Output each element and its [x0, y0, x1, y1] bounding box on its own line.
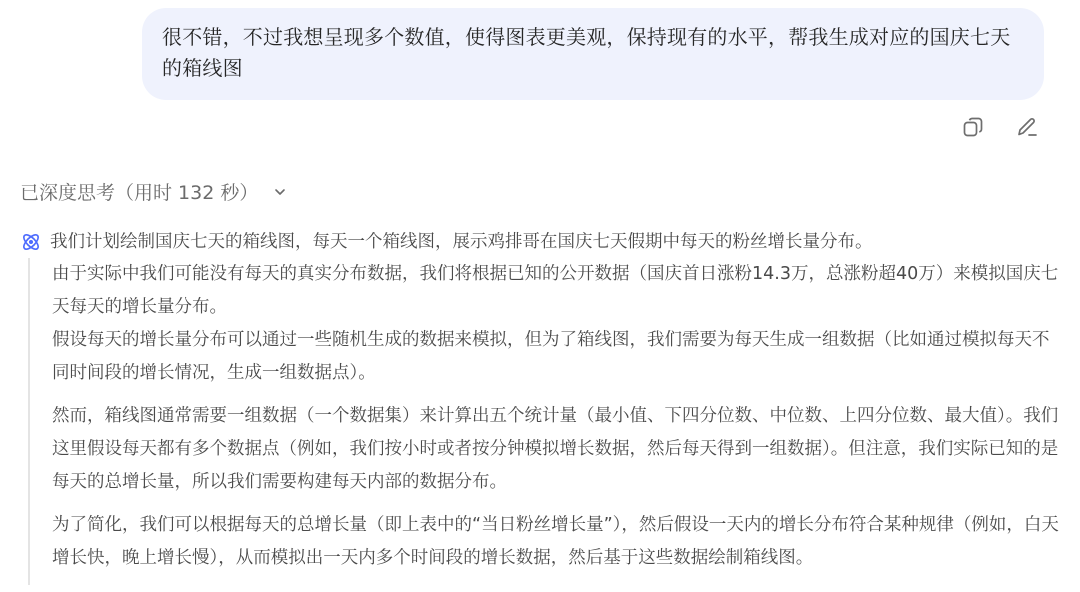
message-actions [960, 114, 1040, 140]
deep-think-atom-icon [20, 231, 42, 253]
user-message-text: 很不错，不过我想呈现多个数值，使得图表更美观，保持现有的水平，帮我生成对应的国庆… [162, 25, 1010, 80]
thinking-first-line: 我们计划绘制国庆七天的箱线图，每天一个箱线图，展示鸡排哥在国庆七天假期中每天的粉… [20, 226, 1060, 258]
user-message-bubble: 很不错，不过我想呈现多个数值，使得图表更美观，保持现有的水平，帮我生成对应的国庆… [142, 8, 1044, 100]
deep-thinking-toggle[interactable]: 已深度思考（用时 132 秒） [20, 178, 288, 205]
thinking-paragraph: 然而，箱线图通常需要一组数据（一个数据集）来计算出五个统计量（最小值、下四分位数… [52, 400, 1060, 499]
thinking-content: 我们计划绘制国庆七天的箱线图，每天一个箱线图，展示鸡排哥在国庆七天假期中每天的粉… [20, 226, 1060, 585]
copy-icon [961, 115, 985, 139]
chevron-down-icon [272, 184, 288, 200]
thinking-paragraph: 假设每天的增长量分布可以通过一些随机生成的数据来模拟，但为了箱线图，我们需要为每… [52, 324, 1060, 390]
edit-icon [1015, 115, 1039, 139]
chat-page: 很不错，不过我想呈现多个数值，使得图表更美观，保持现有的水平，帮我生成对应的国庆… [0, 0, 1080, 592]
thinking-paragraph: 为了简化，我们可以根据每天的总增长量（即上表中的“当日粉丝增长量”），然后假设一… [52, 509, 1060, 575]
thinking-quote-block: 由于实际中我们可能没有每天的真实分布数据，我们将根据已知的公开数据（国庆首日涨粉… [28, 258, 1060, 585]
copy-button[interactable] [960, 114, 986, 140]
thinking-text-line-1: 我们计划绘制国庆七天的箱线图，每天一个箱线图，展示鸡排哥在国庆七天假期中每天的粉… [50, 226, 873, 258]
deep-thinking-header: 已深度思考（用时 132 秒） [20, 178, 258, 205]
edit-button[interactable] [1014, 114, 1040, 140]
thinking-paragraph: 由于实际中我们可能没有每天的真实分布数据，我们将根据已知的公开数据（国庆首日涨粉… [52, 258, 1060, 324]
